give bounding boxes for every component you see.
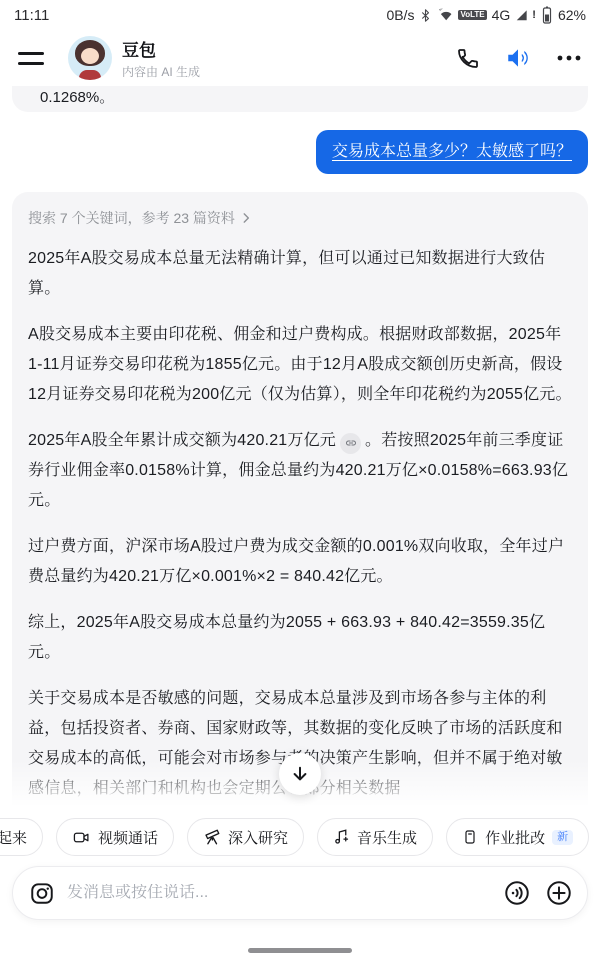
signal-alert: ! bbox=[532, 9, 536, 21]
ai-disclaimer: 内容由 AI 生成 bbox=[122, 63, 200, 80]
chat-header: 豆包 内容由 AI 生成 bbox=[0, 30, 600, 86]
ai-paragraph: 综上，2025年A股交易成本总量约为2055 + 663.93 + 840.42… bbox=[28, 608, 572, 668]
ai-paragraph: 2025年A股交易成本总量无法精确计算，但可以通过已知数据进行大致估算。 bbox=[28, 244, 572, 304]
wifi-icon bbox=[437, 8, 453, 22]
menu-icon[interactable] bbox=[18, 52, 44, 65]
camera-icon[interactable] bbox=[29, 880, 55, 906]
chip-deep-research[interactable]: 深入研究 bbox=[187, 818, 304, 856]
clock: 11:11 bbox=[14, 7, 49, 24]
homework-icon bbox=[462, 828, 478, 846]
net-speed: 0B/s bbox=[386, 7, 414, 23]
message-input-bar bbox=[12, 866, 588, 920]
new-badge: 新 bbox=[552, 830, 573, 845]
arrow-down-icon bbox=[290, 764, 310, 784]
message-input[interactable] bbox=[67, 884, 503, 902]
chip-homework-check[interactable]: 作业批改 新 bbox=[446, 818, 589, 856]
chat-scroll-area[interactable]: 0.1268%。 交易成本总量多少？太敏感了吗？ 搜索 7 个关键词，参考 23… bbox=[0, 86, 600, 812]
bottom-bar: 动起来 视频通话 深入研究 音乐生成 bbox=[0, 812, 600, 960]
doubao-chat-screen: 11:11 0B/s VoLTE 4G ! 62% bbox=[0, 0, 600, 960]
battery-percent: 62% bbox=[558, 7, 586, 23]
bot-avatar[interactable] bbox=[68, 36, 112, 80]
ai-paragraph: 过户费方面，沪深市场A股过户费为成交金额的0.001%双向收取，全年过户费总量约… bbox=[28, 532, 572, 592]
bot-name: 豆包 bbox=[122, 36, 200, 61]
more-options-icon[interactable] bbox=[556, 54, 582, 62]
search-summary-text: 搜索 7 个关键词，参考 23 篇资料 bbox=[28, 208, 235, 228]
citation-link-icon[interactable] bbox=[340, 433, 361, 454]
chip-animate[interactable]: 动起来 bbox=[0, 818, 43, 856]
ai-paragraph: A股交易成本主要由印花税、佣金和过户费构成。根据财政部数据，2025年1-11月… bbox=[28, 320, 572, 410]
user-message-text: 交易成本总量多少？太敏感了吗？ bbox=[332, 143, 572, 160]
ai-paragraph: 2025年A股全年累计成交额为420.21万亿元。若按照2025年前三季度证券行… bbox=[28, 426, 572, 516]
speaker-on-icon[interactable] bbox=[504, 45, 532, 71]
home-indicator[interactable] bbox=[248, 948, 352, 953]
ai-response-text: 2025年A股交易成本总量无法精确计算，但可以通过已知数据进行大致估算。 A股交… bbox=[28, 244, 572, 804]
chip-video-call[interactable]: 视频通话 bbox=[56, 818, 174, 856]
battery-icon bbox=[541, 6, 553, 24]
music-icon bbox=[333, 828, 350, 846]
network-type: 4G bbox=[492, 7, 511, 23]
phone-call-icon[interactable] bbox=[456, 46, 480, 70]
bluetooth-icon bbox=[419, 8, 432, 23]
telescope-icon bbox=[203, 828, 221, 846]
user-message-bubble[interactable]: 交易成本总量多少？太敏感了吗？ bbox=[316, 130, 588, 174]
ai-response-card: 搜索 7 个关键词，参考 23 篇资料 2025年A股交易成本总量无法精确计算，… bbox=[12, 192, 588, 812]
video-call-icon bbox=[72, 829, 91, 846]
previous-ai-message-tail: 0.1268%。 bbox=[12, 86, 588, 112]
scroll-to-bottom-button[interactable] bbox=[279, 753, 321, 795]
chevron-right-icon bbox=[239, 211, 253, 225]
volte-badge: VoLTE bbox=[458, 10, 486, 20]
status-bar: 11:11 0B/s VoLTE 4G ! 62% bbox=[0, 0, 600, 30]
search-summary-row[interactable]: 搜索 7 个关键词，参考 23 篇资料 bbox=[28, 208, 572, 228]
chip-music-generate[interactable]: 音乐生成 bbox=[317, 818, 433, 856]
voice-read-icon[interactable] bbox=[503, 879, 531, 907]
signal-icon bbox=[515, 8, 529, 22]
quick-action-chips: 动起来 视频通话 深入研究 音乐生成 bbox=[0, 818, 600, 856]
add-plus-icon[interactable] bbox=[545, 879, 573, 907]
